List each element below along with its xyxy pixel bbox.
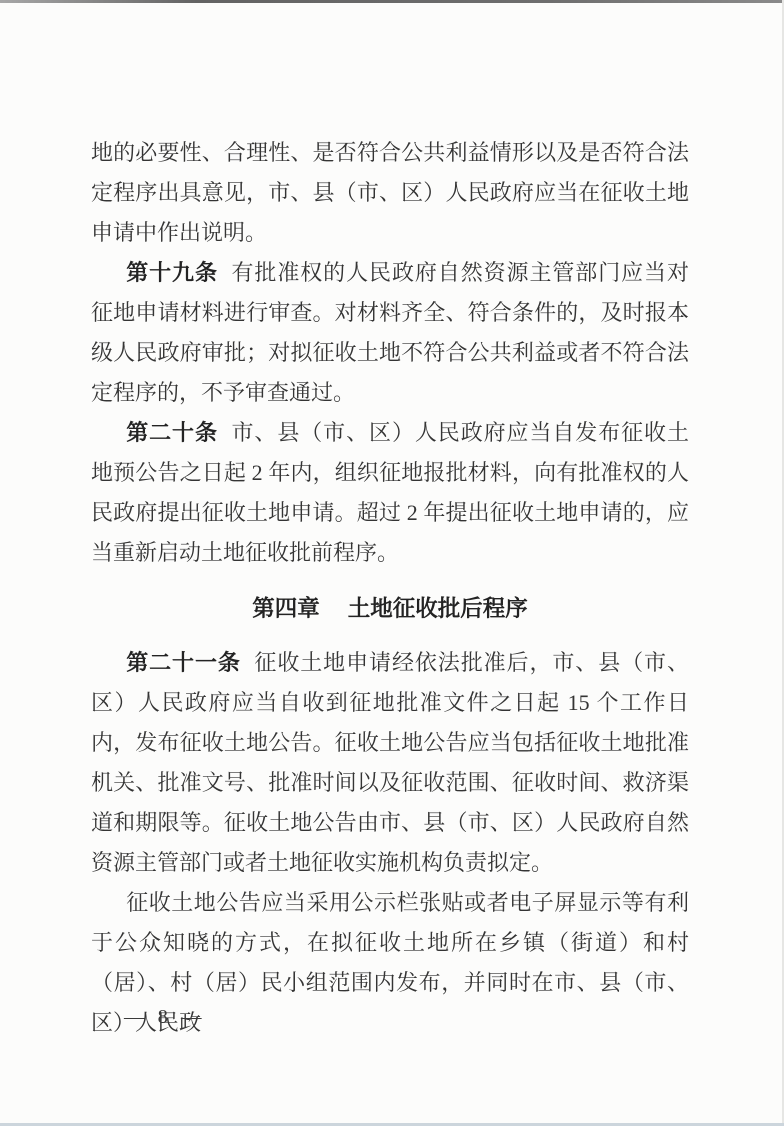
paragraph-text: 征收土地申请经依法批准后，市、县（市、区）人民政府应当自收到征地批准文件之日起 … [91, 650, 689, 875]
chapter-heading: 第四章 土地征收批后程序 [91, 589, 689, 629]
paragraph-article-20: 第二十条市、县（市、区）人民政府应当自发布征收土地预公告之日起 2 年内，组织征… [91, 413, 689, 573]
article-19-label: 第十九条 [126, 260, 218, 285]
document-content: 地的必要性、合理性、是否符合公共利益情形以及是否符合法定程序出具意见，市、县（市… [91, 133, 689, 1043]
chapter-number: 第四章 [252, 589, 320, 629]
paragraph-article-19: 第十九条有批准权的人民政府自然资源主管部门应当对征地申请材料进行审查。对材料齐全… [91, 253, 689, 413]
paragraph-text: 地的必要性、合理性、是否符合公共利益情形以及是否符合法定程序出具意见，市、县（市… [91, 140, 689, 245]
article-20-label: 第二十条 [126, 420, 218, 445]
article-21-label: 第二十一条 [126, 650, 241, 675]
paragraph-article-21: 第二十一条征收土地申请经依法批准后，市、县（市、区）人民政府应当自收到征地批准文… [91, 643, 689, 883]
page-number: — 8 — [124, 1002, 206, 1032]
chapter-title: 土地征收批后程序 [348, 589, 528, 629]
paragraph-continuation: 地的必要性、合理性、是否符合公共利益情形以及是否符合法定程序出具意见，市、县（市… [91, 133, 689, 253]
scan-edge-top [0, 0, 784, 3]
